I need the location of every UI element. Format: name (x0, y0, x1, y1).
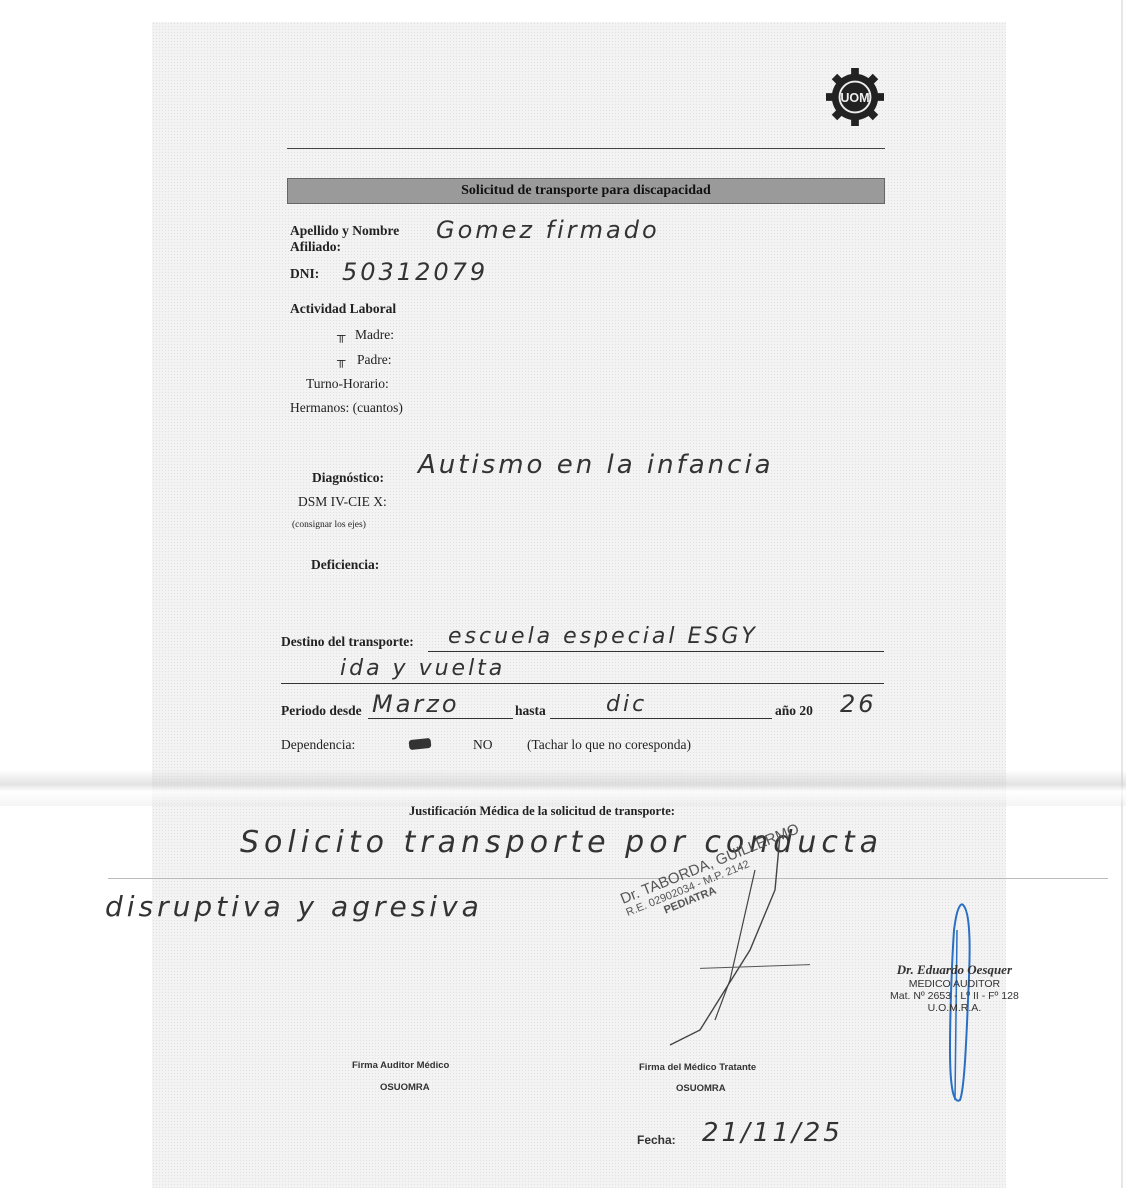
hasta-label: hasta (515, 703, 546, 719)
svg-text:UOM: UOM (840, 91, 869, 105)
header-rule (287, 148, 885, 149)
uom-gear-logo-icon: UOM (826, 68, 884, 126)
destino-line-1 (428, 651, 884, 652)
fold-edge-line (108, 878, 1108, 879)
scan-border (1121, 0, 1123, 1188)
firma-tratante-label: Firma del Médico Tratante (639, 1062, 756, 1073)
destino-value-1[interactable]: escuela especial ESGY (448, 624, 758, 649)
diagnostico-value[interactable]: Autismo en la infancia (418, 450, 774, 480)
fecha-label: Fecha: (637, 1133, 676, 1147)
hasta-value[interactable]: dic (606, 692, 647, 717)
periodo-desde-line (368, 718, 513, 719)
destino-label: Destino del transporte: (281, 634, 414, 650)
anio-value[interactable]: 26 (840, 690, 877, 718)
dependencia-label: Dependencia: (281, 737, 355, 753)
form-title: Solicitud de transporte para discapacida… (287, 178, 885, 204)
auditor-mat: Mat. Nº 2653 - Lº II - Fº 128 (890, 990, 1019, 1002)
hasta-line (550, 718, 772, 719)
periodo-desde-label: Periodo desde (281, 703, 362, 719)
dependencia-no-option[interactable]: NO (473, 737, 493, 753)
anio-label: año 20 (775, 703, 813, 719)
destino-value-2[interactable]: ida y vuelta (340, 656, 505, 681)
checkbox-madre-icon[interactable]: ╥ (337, 328, 346, 343)
consignar-label: (consignar los ejes) (292, 520, 366, 530)
justificacion-label: Justificación Médica de la solicitud de … (409, 804, 675, 819)
firma-auditor-org: OSUOMRA (380, 1082, 430, 1093)
dni-value[interactable]: 50312079 (342, 258, 488, 286)
fecha-value[interactable]: 21/11/25 (702, 1118, 843, 1148)
turno-horario-label: Turno-Horario: (306, 376, 389, 392)
auditor-name: Dr. Eduardo Oesquer (890, 962, 1019, 978)
apellido-label: Apellido y Nombre (290, 223, 399, 239)
afiliado-label: Afiliado: (290, 239, 341, 255)
periodo-desde-value[interactable]: Marzo (372, 690, 460, 718)
firma-tratante-org: OSUOMRA (676, 1083, 726, 1094)
paper-fold-shadow (0, 770, 1126, 806)
checkbox-padre-icon[interactable]: ╥ (337, 353, 346, 368)
firma-auditor-label: Firma Auditor Médico (352, 1060, 449, 1071)
auditor-org: U.O.M.R.A. (890, 1002, 1019, 1014)
padre-label: Padre: (357, 352, 392, 368)
auditor-stamp: Dr. Eduardo Oesquer MEDICO AUDITOR Mat. … (890, 962, 1019, 1014)
form-title-text: Solicitud de transporte para discapacida… (461, 183, 711, 199)
tachar-note: (Tachar lo que no coresponda) (527, 737, 691, 753)
dsm-label: DSM IV-CIE X: (298, 494, 387, 510)
actividad-laboral-label: Actividad Laboral (290, 301, 396, 317)
diagnostico-label: Diagnóstico: (312, 470, 384, 486)
dni-label: DNI: (290, 266, 319, 282)
deficiencia-label: Deficiencia: (311, 557, 379, 573)
hermanos-label: Hermanos: (cuantos) (290, 400, 403, 416)
destino-line-2 (281, 683, 884, 684)
madre-label: Madre: (355, 327, 394, 343)
apellido-value[interactable]: Gomez firmado (436, 216, 660, 244)
auditor-title: MEDICO AUDITOR (890, 978, 1019, 990)
justificacion-value-2[interactable]: disruptiva y agresiva (105, 890, 483, 923)
